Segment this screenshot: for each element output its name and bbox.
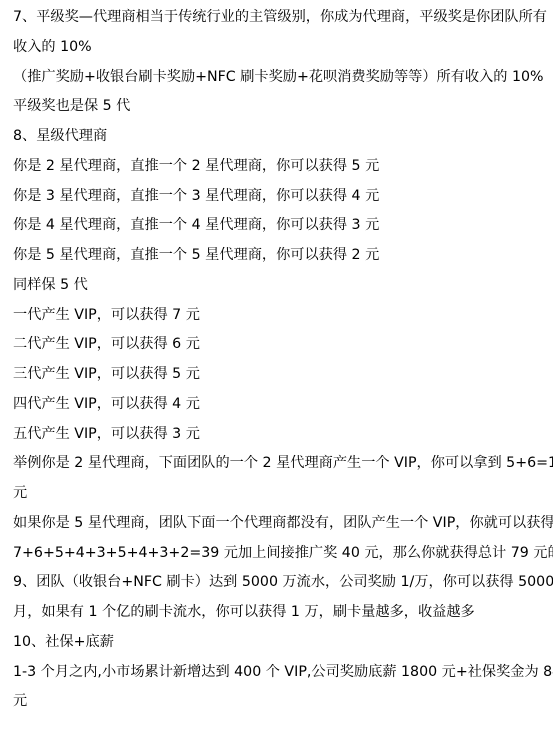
- section-7-note: 平级奖也是保 5 代: [13, 92, 545, 122]
- section-8-heading: 8、星级代理商: [13, 122, 545, 152]
- generation-reward-5: 五代产生 VIP，可以获得 3 元: [13, 420, 545, 450]
- document-body: 7、平级奖—代理商相当于传统行业的主管级别，你成为代理商，平级奖是你团队所有 收…: [13, 3, 545, 717]
- example-1-cont: 元: [13, 479, 545, 509]
- section-7-heading-cont: 收入的 10%: [13, 33, 545, 63]
- section-8-note: 同样保 5 代: [13, 271, 545, 301]
- star-agent-rule-2: 你是 2 星代理商，直推一个 2 星代理商，你可以获得 5 元: [13, 152, 545, 182]
- section-9-cont: 月，如果有 1 个亿的刷卡流水，你可以获得 1 万，刷卡量越多，收益越多: [13, 598, 545, 628]
- generation-reward-3: 三代产生 VIP，可以获得 5 元: [13, 360, 545, 390]
- star-agent-rule-5: 你是 5 星代理商，直推一个 5 星代理商，你可以获得 2 元: [13, 241, 545, 271]
- star-agent-rule-3: 你是 3 星代理商，直推一个 3 星代理商，你可以获得 4 元: [13, 182, 545, 212]
- section-7-heading: 7、平级奖—代理商相当于传统行业的主管级别，你成为代理商，平级奖是你团队所有: [13, 3, 545, 33]
- star-agent-rule-4: 你是 4 星代理商，直推一个 4 星代理商，你可以获得 3 元: [13, 211, 545, 241]
- example-2: 如果你是 5 星代理商，团队下面一个代理商都没有，团队产生一个 VIP，你就可以…: [13, 509, 545, 539]
- generation-reward-2: 二代产生 VIP，可以获得 6 元: [13, 330, 545, 360]
- section-9-heading: 9、团队（收银台+NFC 刷卡）达到 5000 万流水，公司奖励 1/万，你可以…: [13, 568, 545, 598]
- section-7-detail: （推广奖励+收银台刷卡奖励+NFC 刷卡奖励+花呗消费奖励等等）所有收入的 10…: [13, 63, 545, 93]
- section-10-detail-cont: 元: [13, 687, 545, 717]
- section-10-detail: 1-3 个月之内,小市场累计新增达到 400 个 VIP,公司奖励底薪 1800…: [13, 658, 545, 688]
- example-2-cont: 7+6+5+4+3+5+4+3+2=39 元加上间接推广奖 40 元，那么你就获…: [13, 539, 545, 569]
- example-1: 举例你是 2 星代理商，下面团队的一个 2 星代理商产生一个 VIP，你可以拿到…: [13, 449, 545, 479]
- generation-reward-4: 四代产生 VIP，可以获得 4 元: [13, 390, 545, 420]
- section-10-heading: 10、社保+底薪: [13, 628, 545, 658]
- generation-reward-1: 一代产生 VIP，可以获得 7 元: [13, 301, 545, 331]
